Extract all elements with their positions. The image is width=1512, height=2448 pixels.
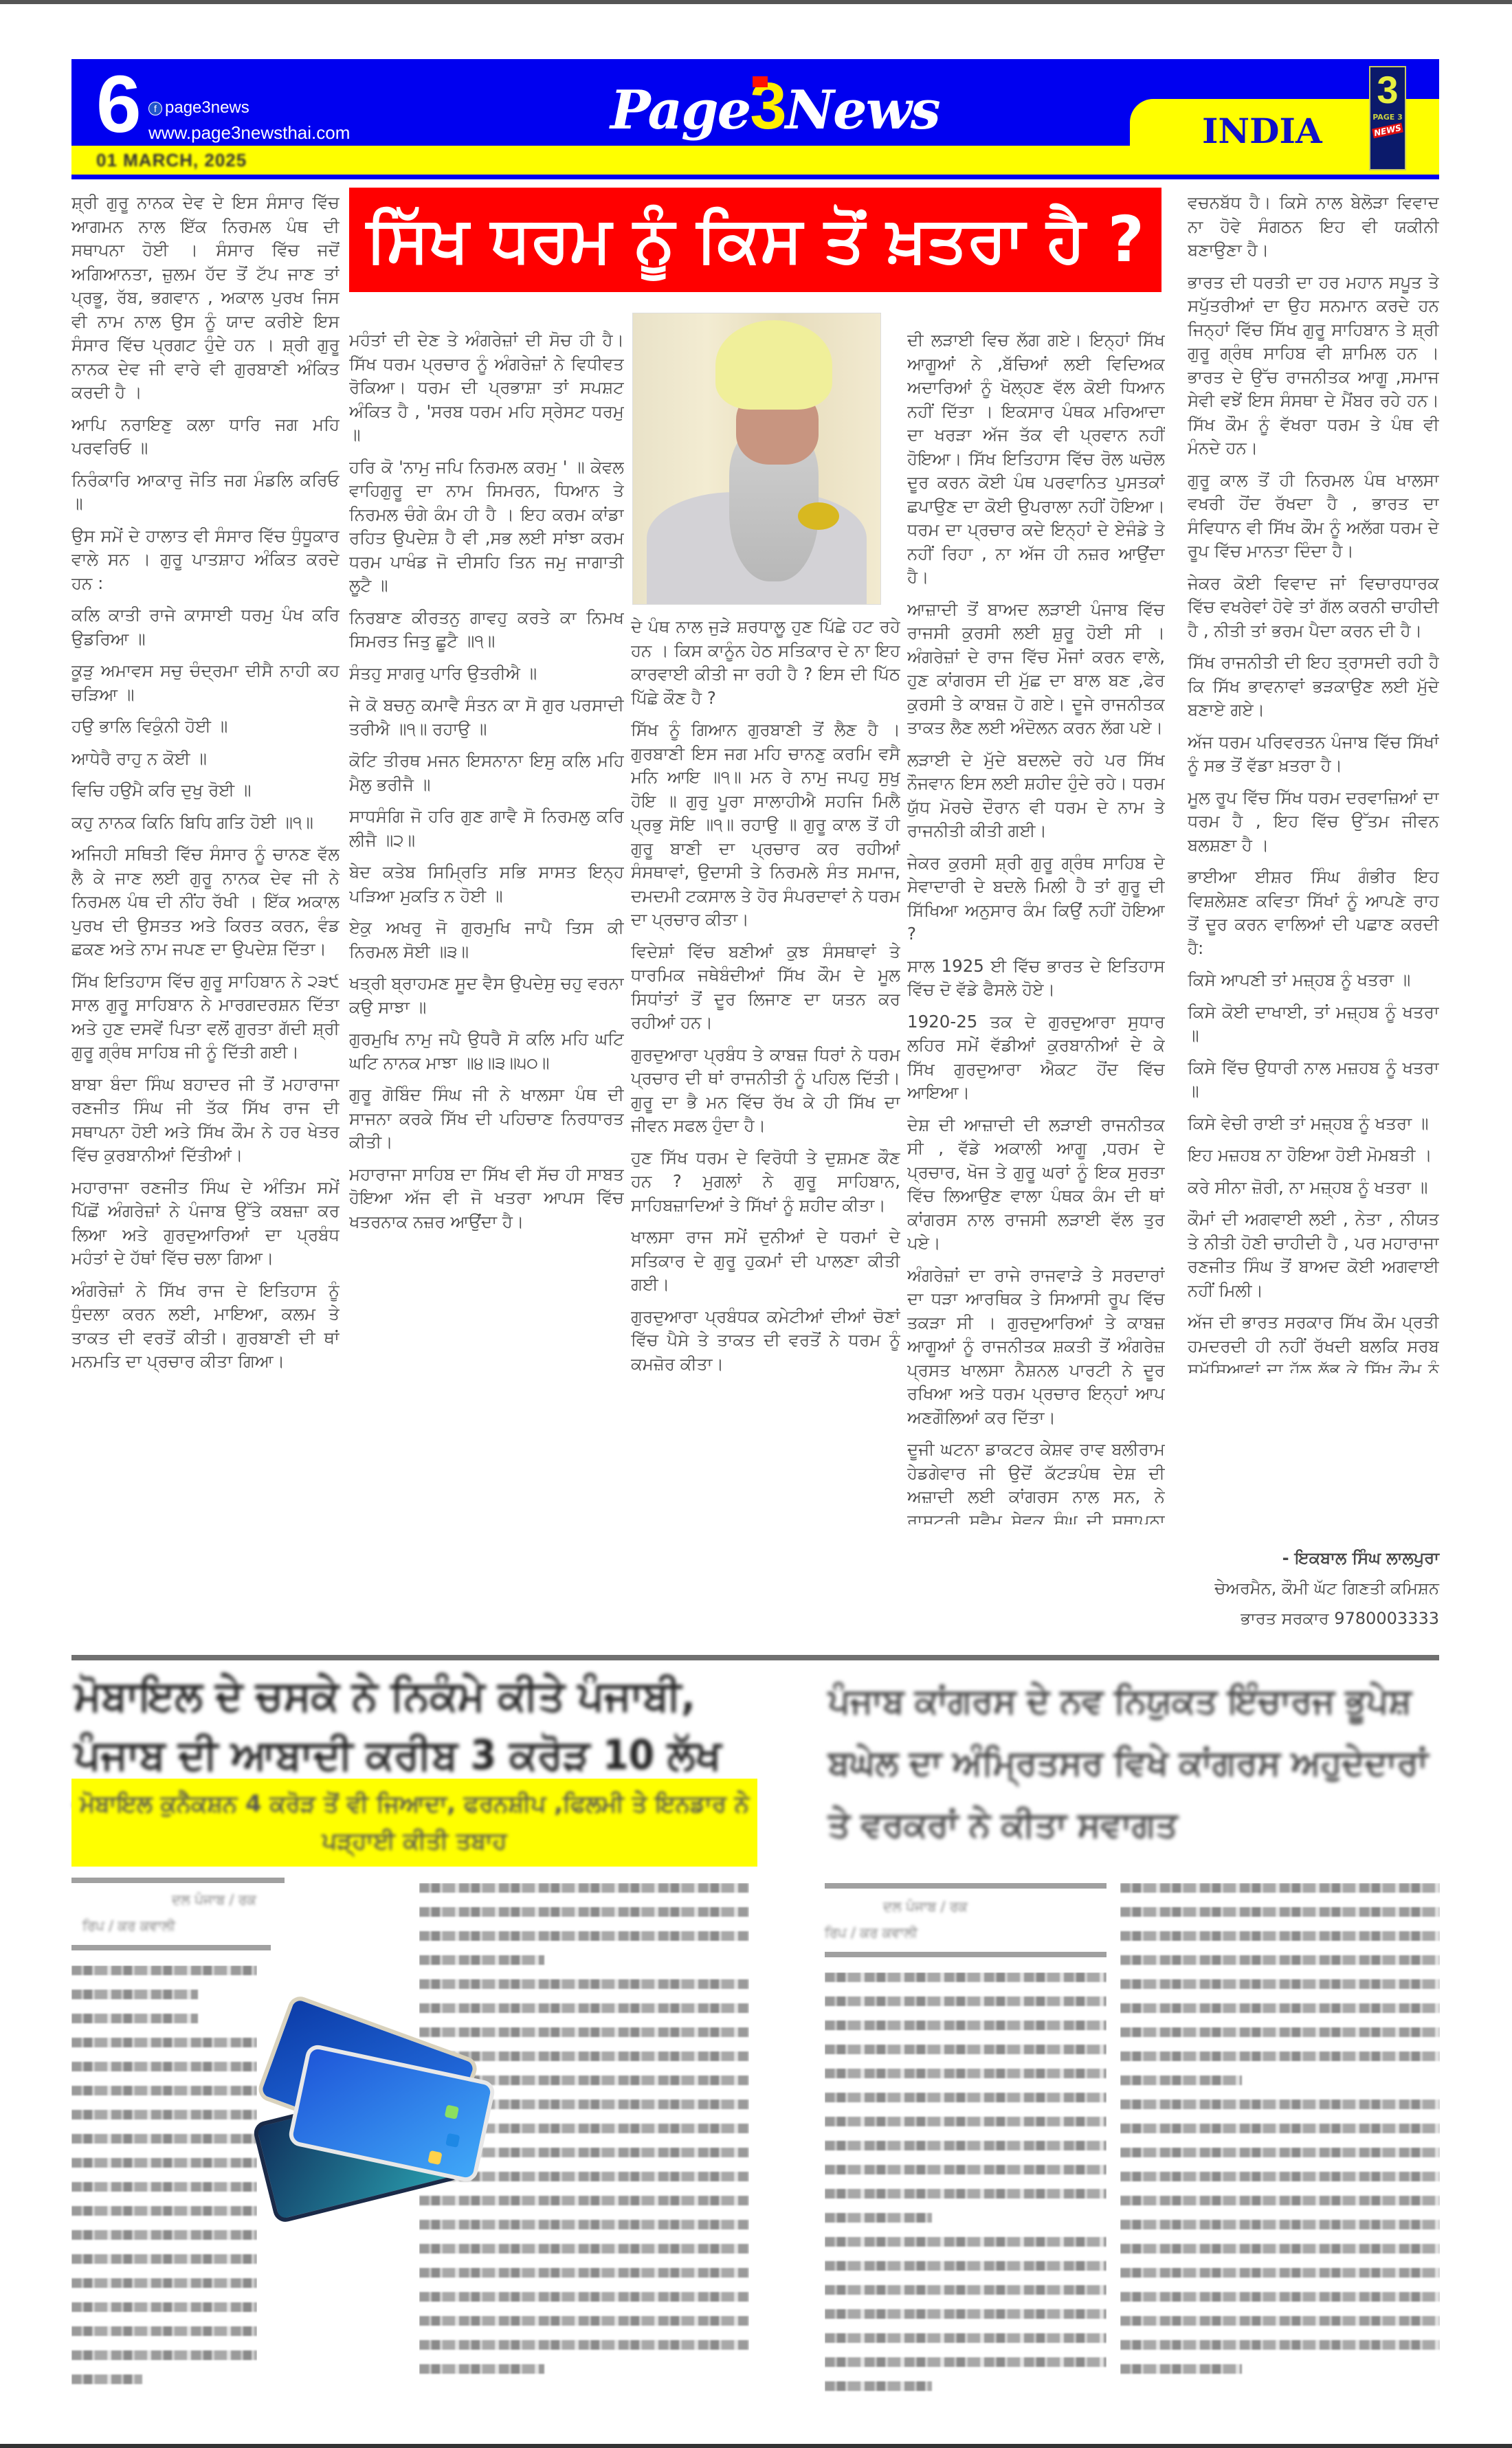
article-column-4: ਵਚਨਬੱਧ ਹੈ। ਕਿਸੇ ਨਾਲ ਬੇਲੋੜਾ ਵਿਵਾਦ ਨਾ ਹੋਵੇ…: [1188, 191, 1439, 1373]
paragraph: ਸੰਤਹੁ ਸਾਗਰੁ ਪਾਰਿ ਉਤਰੀਐ ॥: [349, 662, 624, 686]
paragraph: ਗੁਰਮੁਖਿ ਨਾਮੁ ਜਪੈ ਉਧਰੈ ਸੋ ਕਲਿ ਮਹਿ ਘਟਿ ਘਟਿ…: [349, 1027, 624, 1075]
paragraph: ਜੇਕਰ ਕੁਰਸੀ ਸ਼੍ਰੀ ਗੁਰੂ ਗ੍ਰੰਥ ਸਾਹਿਬ ਦੇ ਸੇਵ…: [907, 852, 1165, 946]
paragraph: ਮਹਾਰਾਜਾ ਰਣਜੀਤ ਸਿੰਘ ਦੇ ਅੰਤਿਮ ਸਮੇਂ ਪਿੱਛੋਂ …: [71, 1176, 340, 1271]
page-bottom-edge: [0, 2444, 1512, 2448]
website-link[interactable]: www.page3newsthai.com: [148, 122, 350, 144]
paragraph: ਕਿਸੇ ਆਪਣੀ ਤਾਂ ਮਜ਼੍ਹਬ ਨੂੰ ਖਤਰਾ ॥: [1188, 968, 1439, 992]
paragraph: ਦੀ ਲੜਾਈ ਵਿਚ ਲੱਗ ਗਏ। ਇਨ੍ਹਾਂ ਸਿੱਖ ਆਗੂਆਂ ਨੇ…: [907, 329, 1165, 590]
lower-right-column-1-text: [825, 1972, 1107, 2419]
page-number: 6: [96, 63, 142, 146]
paragraph: ਖਤ੍ਰੀ ਬ੍ਰਾਹਮਣ ਸੂਦ ਵੈਸ ਉਪਦੇਸੁ ਚਹੁ ਵਰਨਾ ਕਉ…: [349, 972, 624, 1019]
paragraph: ਬਾਬਾ ਬੰਦਾ ਸਿੰਘ ਬਹਾਦਰ ਜੀ ਤੋਂ ਮਹਾਰਾਜਾ ਰਣਜੀ…: [71, 1073, 340, 1168]
edition-label: INDIA: [1202, 111, 1322, 151]
paragraph: ਲੜਾਈ ਦੇ ਮੁੱਦੇ ਬਦਲਦੇ ਰਹੇ ਪਰ ਸਿੱਖ ਨੌਜਵਾਨ ਇ…: [907, 748, 1165, 843]
paragraph: ਭਾਰਤ ਦੀ ਧਰਤੀ ਦਾ ਹਰ ਮਹਾਨ ਸਪੂਤ ਤੇ ਸਪੁੱਤਰੀਆ…: [1188, 271, 1439, 460]
paragraph: ਕੋਟਿ ਤੀਰਥ ਮਜਨ ਇਸਨਾਨਾ ਇਸੁ ਕਲਿ ਮਹਿ ਮੈਲੁ ਭਰ…: [349, 749, 624, 797]
paragraph: ਭਾਈਆ ਈਸ਼ਰ ਸਿੰਘ ਗੰਭੀਰ ਇਹ ਵਿਸ਼ਲੇਸ਼ਣ ਕਵਿਤਾ …: [1188, 865, 1439, 960]
paragraph: 1920-25 ਤਕ ਦੇ ਗੁਰਦੁਆਰਾ ਸੁਧਾਰ ਲਹਿਰ ਸਮੇਂ ਵ…: [907, 1010, 1165, 1105]
lower-left-subhead-box: ਮੋਬਾਇਲ ਕੁਨੈਕਸ਼ਨ 4 ਕਰੋੜ ਤੋਂ ਵੀ ਜਿਆਦਾ, ਫਰਨ…: [71, 1779, 757, 1867]
lower-right-column-2-text: [1120, 1883, 1440, 2419]
masthead-bottom-strip: [71, 175, 1439, 179]
lower-left-subhead: ਮੋਬਾਇਲ ਕੁਨੈਕਸ਼ਨ 4 ਕਰੋੜ ਤੋਂ ਵੀ ਜਿਆਦਾ, ਫਰਨ…: [71, 1785, 757, 1860]
paragraph: ਗੁਰੂ ਗੋਬਿੰਦ ਸਿੰਘ ਜੀ ਨੇ ਖਾਲਸਾ ਪੰਥ ਦੀ ਸਾਜਨ…: [349, 1083, 624, 1155]
paragraph: ਨਿਰੰਕਾਰਿ ਆਕਾਰੁ ਜੋਤਿ ਜਗ ਮੰਡਲਿ ਕਰਿਓ ॥: [71, 469, 340, 516]
paragraph: ਹਰਿ ਕੋ 'ਨਾਮੁ ਜਪਿ ਨਿਰਮਲ ਕਰਮੁ ' ॥ ਕੇਵਲ ਵਾਹ…: [349, 456, 624, 598]
paragraph: ਹੁਣ ਸਿੱਖ ਧਰਮ ਦੇ ਵਿਰੋਧੀ ਤੇ ਦੁਸ਼ਮਣ ਕੌਣ ਹਨ …: [631, 1146, 900, 1218]
paragraph: ਅਜਿਹੀ ਸਥਿਤੀ ਵਿੱਚ ਸੰਸਾਰ ਨੂੰ ਚਾਨਣ ਵੱਲ ਲੈ ਕ…: [71, 843, 340, 961]
paragraph: ਕਿਸੇ ਵੇਚੀ ਰਾਈ ਤਾਂ ਮਜ਼੍ਹਬ ਨੂੰ ਖਤਰਾ ॥: [1188, 1112, 1439, 1136]
paragraph: ਸਿੱਖ ਨੂੰ ਗਿਆਨ ਗੁਰਬਾਣੀ ਤੋਂ ਲੈਣ ਹੈ । ਗੁਰਬਾ…: [631, 718, 900, 932]
byline-rule: [825, 1952, 1107, 1957]
paragraph: ਦੇ ਪੰਥ ਨਾਲ ਜੁੜੇ ਸ਼ਰਧਾਲੂ ਹੁਣ ਪਿੱਛੇ ਹਟ ਰਹੇ…: [631, 615, 900, 710]
paragraph: ਅੱਜ ਧਰਮ ਪਰਿਵਰਤਨ ਪੰਜਾਬ ਵਿੱਚ ਸਿੱਖਾਂ ਨੂੰ ਸਭ…: [1188, 731, 1439, 778]
brand-badge-icon: 3 PAGE 3 NEWS: [1369, 66, 1406, 170]
paragraph: ਕੂੜੁ ਅਮਾਵਸ ਸਚੁ ਚੰਦ੍ਰਮਾ ਦੀਸੈ ਨਾਹੀ ਕਹ ਚੜਿਆ…: [71, 659, 340, 706]
paragraph: ਸਿੱਖ ਇਤਿਹਾਸ ਵਿੱਚ ਗੁਰੂ ਸਾਹਿਬਾਨ ਨੇ ੨੩੯ ਸਾਲ…: [71, 970, 340, 1065]
page-top-edge: [0, 0, 1512, 4]
logo-three: 3: [750, 69, 785, 143]
paragraph: ਆਧੇਰੈ ਰਾਹੁ ਨ ਕੋਈ ॥: [71, 747, 340, 771]
lower-right-byline-2: ਰਿਪ / ਕਰ ਕਵਾਲੀ: [825, 1924, 918, 1941]
badge-page: PAGE 3: [1370, 113, 1405, 122]
paragraph: ਮਹੰਤਾਂ ਦੀ ਦੇਣ ਤੇ ਅੰਗਰੇਜ਼ਾਂ ਦੀ ਸੋਚ ਹੀ ਹੈ।…: [349, 329, 624, 447]
paragraph: ਵਚਨਬੱਧ ਹੈ। ਕਿਸੇ ਨਾਲ ਬੇਲੋੜਾ ਵਿਵਾਦ ਨਾ ਹੋਵੇ…: [1188, 191, 1439, 263]
paragraph: ਅੱਜ ਦੀ ਭਾਰਤ ਸਰਕਾਰ ਸਿੱਖ ਕੌਮ ਪ੍ਰਤੀ ਹਮਦਰਦੀ …: [1188, 1311, 1439, 1373]
badge-news: NEWS: [1372, 123, 1403, 139]
article-column-2b: ਦੇ ਪੰਥ ਨਾਲ ਜੁੜੇ ਸ਼ਰਧਾਲੂ ਹੁਣ ਪਿੱਛੇ ਹਟ ਰਹੇ…: [631, 615, 900, 1524]
paragraph: ਜੇ ਕੋ ਬਚਨੁ ਕਮਾਵੈ ਸੰਤਨ ਕਾ ਸੋ ਗੁਰ ਪਰਸਾਦੀ ਤ…: [349, 693, 624, 741]
paragraph: ਮੂਲ ਰੂਪ ਵਿੱਚ ਸਿੱਖ ਧਰਮ ਦਰਵਾਜ਼ਿਆਂ ਦਾ ਧਰਮ ਹ…: [1188, 786, 1439, 858]
section-divider: [71, 1655, 1439, 1660]
byline-rule: [71, 1878, 285, 1883]
paragraph: ਗੁਰੂ ਕਾਲ ਤੋਂ ਹੀ ਨਿਰਮਲ ਪੰਥ ਖਾਲਸਾ ਵਖਰੀ ਹੋਂ…: [1188, 469, 1439, 564]
logo-news: News: [786, 79, 940, 142]
paragraph: ਕਲਿ ਕਾਤੀ ਰਾਜੇ ਕਾਸਾਈ ਧਰਮੁ ਪੰਖ ਕਰਿ ਉਡਰਿਆ ॥: [71, 603, 340, 651]
paragraph: ਗੁਰਦੁਆਰਾ ਪ੍ਰਬੰਧ ਤੇ ਕਾਬਜ਼ ਧਿਰਾਂ ਨੇ ਧਰਮ ਪ੍…: [631, 1043, 900, 1138]
byline-rule: [71, 1945, 271, 1950]
paragraph: ਆਪਿ ਨਰਾਇਣੁ ਕਲਾ ਧਾਰਿ ਜਗ ਮਹਿ ਪਰਵਰਿਓ ॥: [71, 413, 340, 460]
paragraph: ਕਰੇ ਸੀਨਾ ਜ਼ੋਰੀ, ਨਾ ਮਜ਼੍ਹਬ ਨੂੰ ਖਤਰਾ ॥: [1188, 1176, 1439, 1200]
photo-turban: [715, 320, 832, 410]
issue-date: 01 MARCH, 2025: [96, 150, 247, 171]
paragraph: ਸਿੱਖ ਰਾਜਨੀਤੀ ਦੀ ਇਹ ਤ੍ਰਾਸਦੀ ਰਹੀ ਹੈ ਕਿ ਸਿੱ…: [1188, 651, 1439, 722]
paragraph: ਹਉ ਭਾਲਿ ਵਿਕੁੰਨੀ ਹੋਈ ॥: [71, 715, 340, 739]
logo-page: Page: [610, 79, 750, 142]
newspaper-logo: Page3News: [610, 69, 940, 144]
byline-rule: [825, 1883, 1107, 1889]
paragraph: ਕੌਮਾਂ ਦੀ ਅਗਵਾਈ ਲਈ , ਨੇਤਾ , ਨੀਯਤ ਤੇ ਨੀਤੀ …: [1188, 1208, 1439, 1302]
author-photo: [632, 313, 881, 605]
lower-left-column-1-text: [71, 1966, 257, 2419]
paragraph: ਇਹ ਮਜ਼ਹਬ ਨਾ ਹੋਇਆ ਹੋਈ ਮੋਮਬਤੀ ।: [1188, 1144, 1439, 1168]
lower-right-byline-1: ਦਲ ਪੰਜਾਬ / ਰਕ: [883, 1898, 968, 1915]
paragraph: ਸਾਧਸੰਗਿ ਜੋ ਹਰਿ ਗੁਣ ਗਾਵੈ ਸੋ ਨਿਰਮਲੁ ਕਰਿ ਲੀ…: [349, 805, 624, 852]
paragraph: ਬੇਦ ਕਤੇਬ ਸਿਮ੍ਰਿਤਿ ਸਭਿ ਸਾਸਤ ਇਨ੍ਹ ਪੜਿਆ ਮੁਕ…: [349, 860, 624, 908]
author-title: ਚੇਅਰਮੈਨ, ਕੌਮੀ ਘੱਟ ਗਿਣਤੀ ਕਮਿਸ਼ਨ: [1188, 1573, 1439, 1603]
lower-left-byline-2: ਰਿਪ / ਕਰ ਕਵਾਲੀ: [82, 1917, 175, 1934]
article-column-3: ਦੀ ਲੜਾਈ ਵਿਚ ਲੱਗ ਗਏ। ਇਨ੍ਹਾਂ ਸਿੱਖ ਆਗੂਆਂ ਨੇ…: [907, 329, 1165, 1524]
paragraph: ਏਕੁ ਅਖਰੁ ਜੋ ਗੁਰਮੁਖਿ ਜਾਪੈ ਤਿਸ ਕੀ ਨਿਰਮਲ ਸੋ…: [349, 916, 624, 964]
paragraph: ਅੰਗਰੇਜ਼ਾਂ ਦਾ ਰਾਜੇ ਰਾਜਵਾੜੇ ਤੇ ਸਰਦਾਰਾਂ ਦਾ …: [907, 1264, 1165, 1430]
smartphones-image: [254, 1996, 481, 2223]
badge-number: 3: [1370, 67, 1405, 113]
lower-right-headline: ਪੰਜਾਬ ਕਾਂਗਰਸ ਦੇ ਨਵ ਨਿਯੁਕਤ ਇੰਚਾਰਜ ਭੂਪੇਸ਼ …: [828, 1670, 1447, 1856]
paragraph: ਕਿਸੇ ਵਿੱਚ ਉਧਾਰੀ ਨਾਲ ਮਜ਼ਹਬ ਨੂੰ ਖਤਰਾ ॥: [1188, 1056, 1439, 1104]
paragraph: ਸ਼੍ਰੀ ਗੁਰੂ ਨਾਨਕ ਦੇਵ ਦੇ ਇਸ ਸੰਸਾਰ ਵਿੱਚ ਆਗਮ…: [71, 191, 340, 405]
paragraph: ਦੂਜੀ ਘਟਨਾ ਡਾਕਟਰ ਕੇਸ਼ਵ ਰਾਵ ਬਲੀਰਾਮ ਹੇਡਗੇਵਾ…: [907, 1438, 1165, 1524]
social-handle: page3news: [165, 98, 249, 117]
paragraph: ਮਹਾਰਾਜਾ ਸਾਹਿਬ ਦਾ ਸਿੱਖ ਵੀ ਸੱਚ ਹੀ ਸਾਬਤ ਹੋਇ…: [349, 1163, 624, 1234]
photo-flower: [798, 502, 839, 530]
paragraph: ਅੰਗਰੇਜ਼ਾਂ ਨੇ ਸਿੱਖ ਰਾਜ ਦੇ ਇਤਿਹਾਸ ਨੂੰ ਧੁੰਦ…: [71, 1279, 340, 1374]
paragraph: ਕਹੁ ਨਾਨਕ ਕਿਨਿ ਬਿਧਿ ਗਤਿ ਹੋਈ ॥੧॥: [71, 811, 340, 835]
paragraph: ਆਜ਼ਾਦੀ ਤੋਂ ਬਾਅਦ ਲੜਾਈ ਪੰਜਾਬ ਵਿੱਚ ਰਾਜਸੀ ਕੁ…: [907, 598, 1165, 740]
paragraph: ਜੇਕਰ ਕੋਈ ਵਿਵਾਦ ਜਾਂ ਵਿਚਾਰਧਾਰਕ ਵਿੱਚ ਵਖਰੇਵਾ…: [1188, 572, 1439, 643]
article-column-1: ਸ਼੍ਰੀ ਗੁਰੂ ਨਾਨਕ ਦੇਵ ਦੇ ਇਸ ਸੰਸਾਰ ਵਿੱਚ ਆਗਮ…: [71, 191, 340, 1524]
author-name: - ਇਕਬਾਲ ਸਿੰਘ ਲਾਲਪੁਰਾ: [1188, 1543, 1439, 1573]
paragraph: ਦੇਸ਼ ਦੀ ਆਜ਼ਾਦੀ ਦੀ ਲੜਾਈ ਰਾਜਨੀਤਕ ਸੀ , ਵੱਡੇ…: [907, 1113, 1165, 1256]
article-headline: ਸਿੱਖ ਧਰਮ ਨੂੰ ਕਿਸ ਤੋਂ ਖ਼ਤਰਾ ਹੈ ?: [349, 188, 1161, 292]
masthead: 6 fpage3news www.page3newsthai.com 01 MA…: [71, 59, 1439, 179]
paragraph: ਸਾਲ 1925 ਈ ਵਿੱਚ ਭਾਰਤ ਦੇ ਇਤਿਹਾਸ ਵਿੱਚ ਦੋ ਵ…: [907, 955, 1165, 1002]
facebook-icon: f: [148, 102, 162, 115]
paragraph: ਨਿਰਬਾਣ ਕੀਰਤਨੁ ਗਾਵਹੁ ਕਰਤੇ ਕਾ ਨਿਮਖ ਸਿਮਰਤ ਜ…: [349, 606, 624, 654]
article-column-2: ਮਹੰਤਾਂ ਦੀ ਦੇਣ ਤੇ ਅੰਗਰੇਜ਼ਾਂ ਦੀ ਸੋਚ ਹੀ ਹੈ।…: [349, 329, 624, 1524]
lower-left-byline-1: ਦਲ ਪੰਜਾਬ / ਰਕ: [172, 1891, 256, 1908]
paragraph: ਖਾਲਸਾ ਰਾਜ ਸਮੇਂ ਦੁਨੀਆਂ ਦੇ ਧਰਮਾਂ ਦੇ ਸਤਿਕਾਰ…: [631, 1225, 900, 1297]
paragraph: ਉਸ ਸਮੇਂ ਦੇ ਹਾਲਾਤ ਵੀ ਸੰਸਾਰ ਵਿੱਚ ਧੁੰਧੂਕਾਰ …: [71, 524, 340, 596]
paragraph: ਗੁਰਦੁਆਰਾ ਪ੍ਰਬੰਧਕ ਕਮੇਟੀਆਂ ਦੀਆਂ ਚੋਣਾਂ ਵਿੱਚ…: [631, 1305, 900, 1377]
paragraph: ਵਿਚਿ ਹਉਮੈ ਕਰਿ ਦੁਖੁ ਰੋਈ ॥: [71, 779, 340, 803]
social-link[interactable]: fpage3news: [148, 98, 249, 118]
paragraph: ਕਿਸੇ ਕੋਈ ਦਾਖਾਈ, ਤਾਂ ਮਜ਼੍ਹਬ ਨੂੰ ਖਤਰਾ ॥: [1188, 1001, 1439, 1048]
author-signature: - ਇਕਬਾਲ ਸਿੰਘ ਲਾਲਪੁਰਾ ਚੇਅਰਮੈਨ, ਕੌਮੀ ਘੱਟ ਗ…: [1188, 1543, 1439, 1634]
author-org-phone: ਭਾਰਤ ਸਰਕਾਰ 9780003333: [1188, 1603, 1439, 1634]
paragraph: ਵਿਦੇਸ਼ਾਂ ਵਿੱਚ ਬਣੀਆਂ ਕੁਝ ਸੰਸਥਾਵਾਂ ਤੇ ਧਾਰਮ…: [631, 940, 900, 1035]
